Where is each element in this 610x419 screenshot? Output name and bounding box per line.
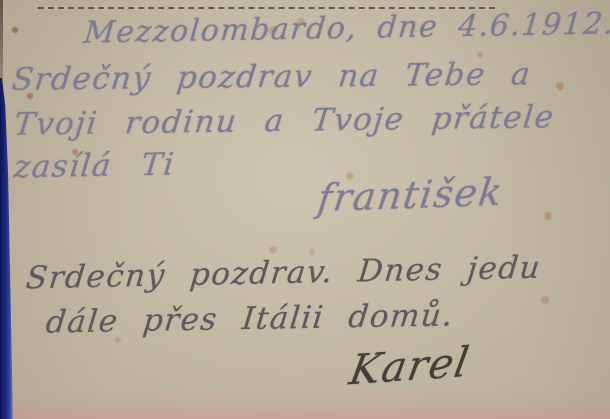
- top-message-line-3: zasílá Ti: [12, 150, 176, 184]
- bottom-message-line-1: Srdečný pozdrav. Dnes jedu: [24, 253, 542, 295]
- postcard-photo: Mezzolombardo, dne 4.6.1912. Srdečný poz…: [0, 0, 610, 419]
- dark-left-edge: [0, 0, 3, 85]
- top-message-line-2: Tvoji rodinu a Tvoje přátele: [12, 102, 556, 141]
- top-message-signature: františek: [316, 173, 506, 218]
- bottom-message-signature: Karel: [346, 342, 473, 392]
- top-message-line-1: Srdečný pozdrav na Tebe a: [10, 59, 533, 95]
- bottom-message-line-2: dále přes Itálii domů.: [44, 300, 455, 338]
- dateline-text: Mezzolombardo, dne 4.6.1912.: [83, 9, 610, 48]
- blue-card-edge: [0, 78, 13, 419]
